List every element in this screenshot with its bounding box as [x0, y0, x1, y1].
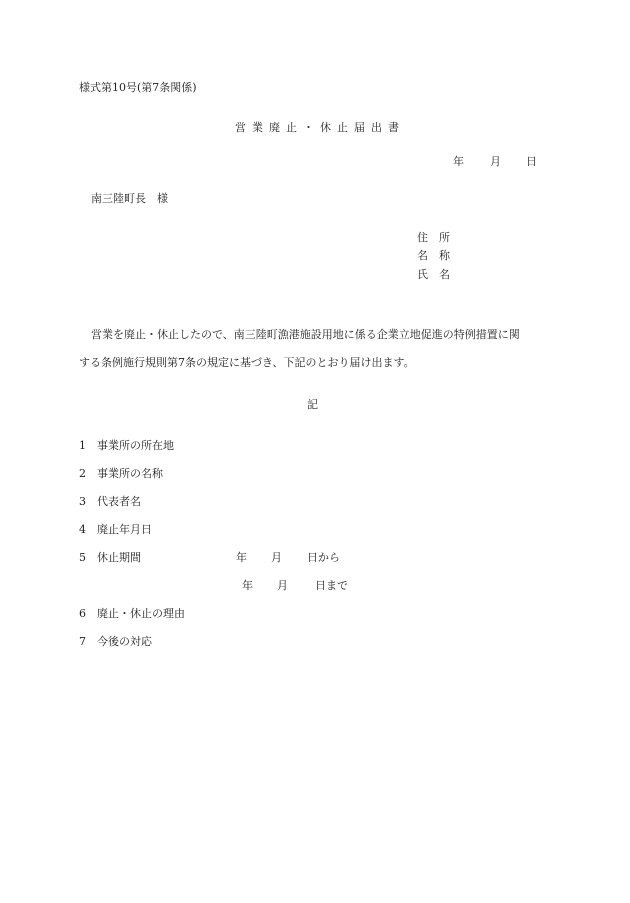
ki-heading: 記 [307, 398, 318, 412]
period-from-day: 日から [307, 551, 340, 565]
period-from-year: 年 [236, 551, 271, 565]
period-from-month: 月 [271, 551, 307, 565]
item-label: 廃止年月日 [97, 523, 152, 536]
item-number: 5 [79, 551, 97, 565]
item-label: 事業所の名称 [97, 467, 163, 480]
item-number: 3 [79, 495, 97, 509]
item-label: 休止期間 [97, 551, 141, 564]
item-4: 4廃止年月日 [79, 523, 152, 537]
period-from: 年月日から [236, 551, 340, 565]
item-6: 6廃止・休止の理由 [79, 607, 185, 621]
item-label: 事業所の所在地 [97, 439, 174, 452]
date-year-label: 年 [453, 155, 490, 169]
body-text-line-1: 営業を廃止・休止したので、南三陸町漁港施設用地に係る企業立地促進の特例措置に関 [91, 328, 520, 342]
period-to: 年月日まで [242, 579, 348, 593]
item-label: 今後の対応 [97, 635, 152, 648]
period-to-year: 年 [242, 579, 277, 593]
form-number: 様式第10号(第7条関係) [79, 81, 197, 95]
item-1: 1事業所の所在地 [79, 439, 174, 453]
item-5: 5休止期間 [79, 551, 141, 565]
period-to-day: 日まで [315, 579, 348, 593]
period-to-month: 月 [277, 579, 315, 593]
address-label: 住 所 [417, 231, 450, 245]
addressee: 南三陸町長 様 [91, 192, 168, 206]
date-month-label: 月 [490, 155, 526, 169]
submission-date: 年月日 [453, 155, 537, 169]
item-label: 代表者名 [97, 495, 141, 508]
item-number: 1 [79, 439, 97, 453]
item-3: 3代表者名 [79, 495, 141, 509]
document-title: 営業廃止・休止届出書 [235, 121, 405, 135]
item-number: 4 [79, 523, 97, 537]
date-day-label: 日 [526, 155, 537, 169]
body-text-line-2: する条例施行規則第7条の規定に基づき、下記のとおり届け出ます。 [79, 356, 415, 370]
company-name-label: 名 称 [417, 249, 450, 263]
person-name-label: 氏 名 [417, 268, 450, 282]
item-number: 6 [79, 607, 97, 621]
item-number: 7 [79, 635, 97, 649]
item-number: 2 [79, 467, 97, 481]
item-2: 2事業所の名称 [79, 467, 163, 481]
item-7: 7今後の対応 [79, 635, 152, 649]
item-label: 廃止・休止の理由 [97, 607, 185, 620]
